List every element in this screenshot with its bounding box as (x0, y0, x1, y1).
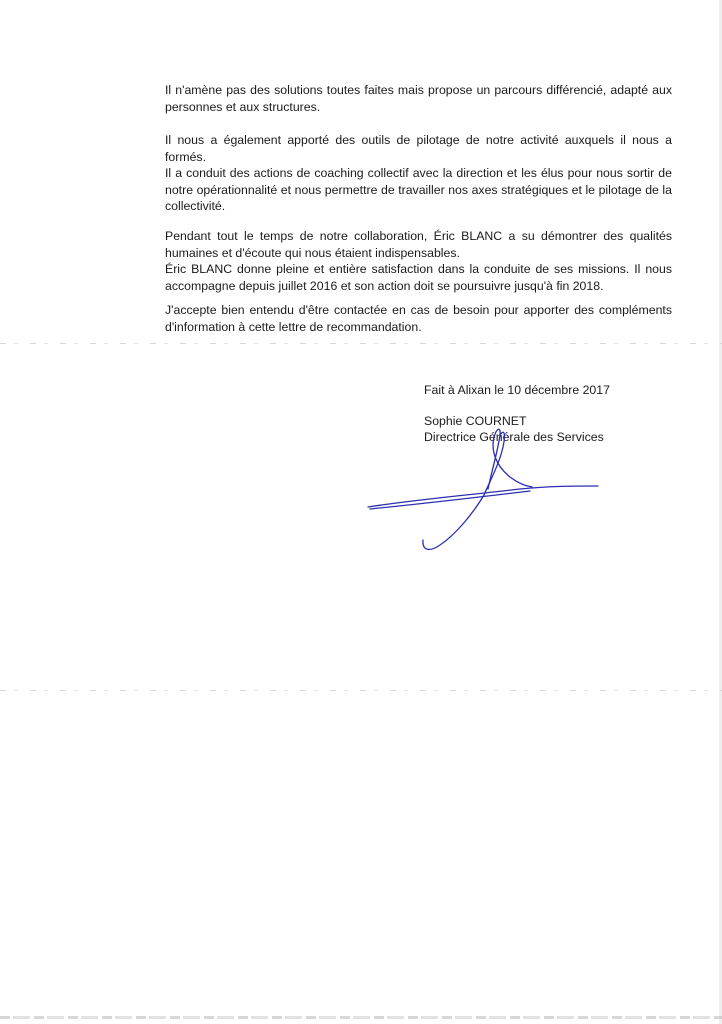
paragraph-line: Éric BLANC donne pleine et entière satis… (165, 261, 672, 294)
handwritten-signature (360, 425, 620, 565)
paragraph-line: Pendant tout le temps de notre collabora… (165, 228, 672, 261)
paragraph-tools-coaching: Il nous a également apporté des outils d… (165, 132, 672, 215)
paragraph-approach: Il n'amène pas des solutions toutes fait… (165, 82, 672, 115)
paragraph-line: Il nous a également apporté des outils d… (165, 132, 672, 165)
paragraph-line: Il n'amène pas des solutions toutes fait… (165, 82, 672, 115)
paragraph-contact: J'accepte bien entendu d'être contactée … (165, 302, 672, 335)
paragraph-qualities: Pendant tout le temps de notre collabora… (165, 228, 672, 294)
scan-artifact-strip (0, 1016, 722, 1019)
paragraph-line: J'accepte bien entendu d'être contactée … (165, 302, 672, 335)
paragraph-line: Il a conduit des actions de coaching col… (165, 165, 672, 215)
scan-artifact-line (0, 690, 722, 691)
place-date: Fait à Alixan le 10 décembre 2017 (424, 382, 610, 398)
scan-artifact-line (0, 343, 722, 344)
